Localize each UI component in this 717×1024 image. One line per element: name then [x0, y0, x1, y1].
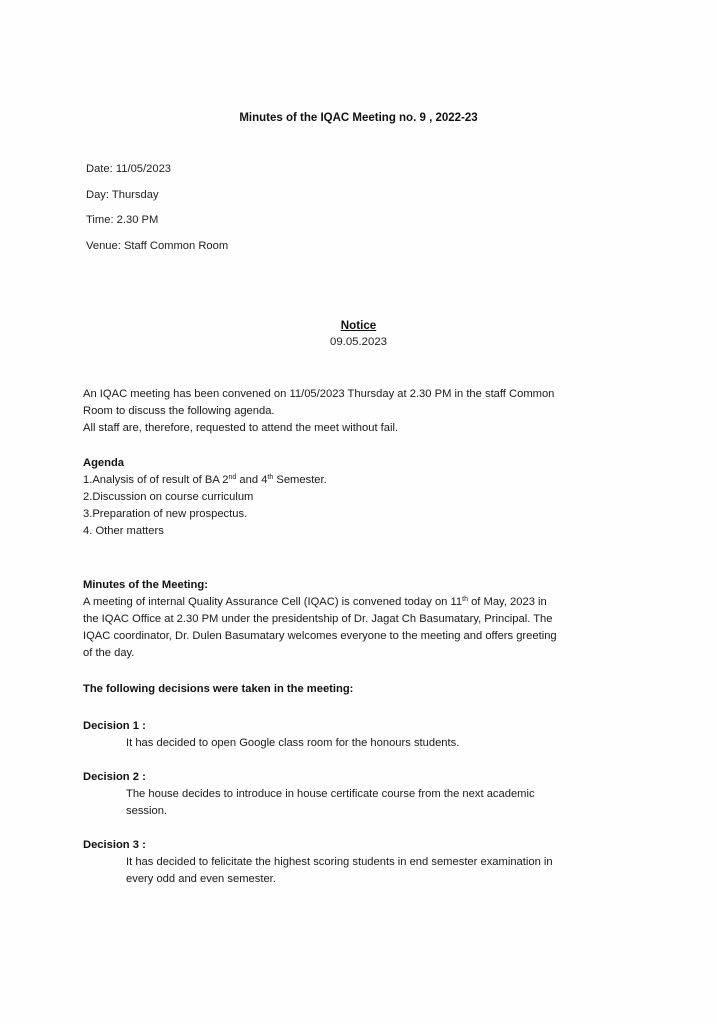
agenda-heading: Agenda: [83, 455, 124, 472]
decision-2-text: session.: [126, 803, 167, 820]
notice-text-line: All staff are, therefore, requested to a…: [83, 420, 398, 437]
notice-text-line: Room to discuss the following agenda.: [83, 403, 275, 420]
decision-3-text: It has decided to felicitate the highest…: [126, 854, 553, 871]
meeting-venue: Venue: Staff Common Room: [86, 240, 228, 252]
agenda-item-3: 3.Preparation of new prospectus.: [83, 506, 247, 523]
decision-3-text: every odd and even semester.: [126, 871, 276, 888]
meeting-date: Date: 11/05/2023: [86, 163, 171, 175]
notice-text-line: An IQAC meeting has been convened on 11/…: [83, 386, 554, 403]
agenda-item-text: 1.Analysis of of result of BA 2: [83, 474, 229, 486]
notice-date: 09.05.2023: [0, 336, 717, 348]
decision-1-label: Decision 1 :: [83, 718, 146, 735]
agenda-item-text: Semester.: [273, 474, 326, 486]
agenda-item-1: 1.Analysis of of result of BA 2nd and 4t…: [83, 472, 327, 489]
decision-1-text: It has decided to open Google class room…: [126, 735, 459, 752]
minutes-text: A meeting of internal Quality Assurance …: [83, 596, 462, 608]
minutes-text-line: A meeting of internal Quality Assurance …: [83, 594, 547, 611]
agenda-item-2: 2.Discussion on course curriculum: [83, 489, 253, 506]
meeting-time: Time: 2.30 PM: [86, 214, 158, 226]
decision-2-text: The house decides to introduce in house …: [126, 786, 535, 803]
minutes-text-line: of the day.: [83, 645, 134, 662]
document-title: Minutes of the IQAC Meeting no. 9 , 2022…: [0, 112, 717, 124]
decision-2-label: Decision 2 :: [83, 769, 146, 786]
meeting-day: Day: Thursday: [86, 189, 159, 201]
minutes-text-line: IQAC coordinator, Dr. Dulen Basumatary w…: [83, 628, 557, 645]
decisions-heading: The following decisions were taken in th…: [83, 681, 353, 698]
minutes-heading: Minutes of the Meeting:: [83, 577, 208, 594]
minutes-text: of May, 2023 in: [468, 596, 547, 608]
agenda-item-4: 4. Other matters: [83, 523, 164, 540]
minutes-text-line: the IQAC Office at 2.30 PM under the pre…: [83, 611, 553, 628]
decision-3-label: Decision 3 :: [83, 837, 146, 854]
notice-heading: Notice: [0, 319, 717, 332]
agenda-item-text: and 4: [236, 474, 267, 486]
